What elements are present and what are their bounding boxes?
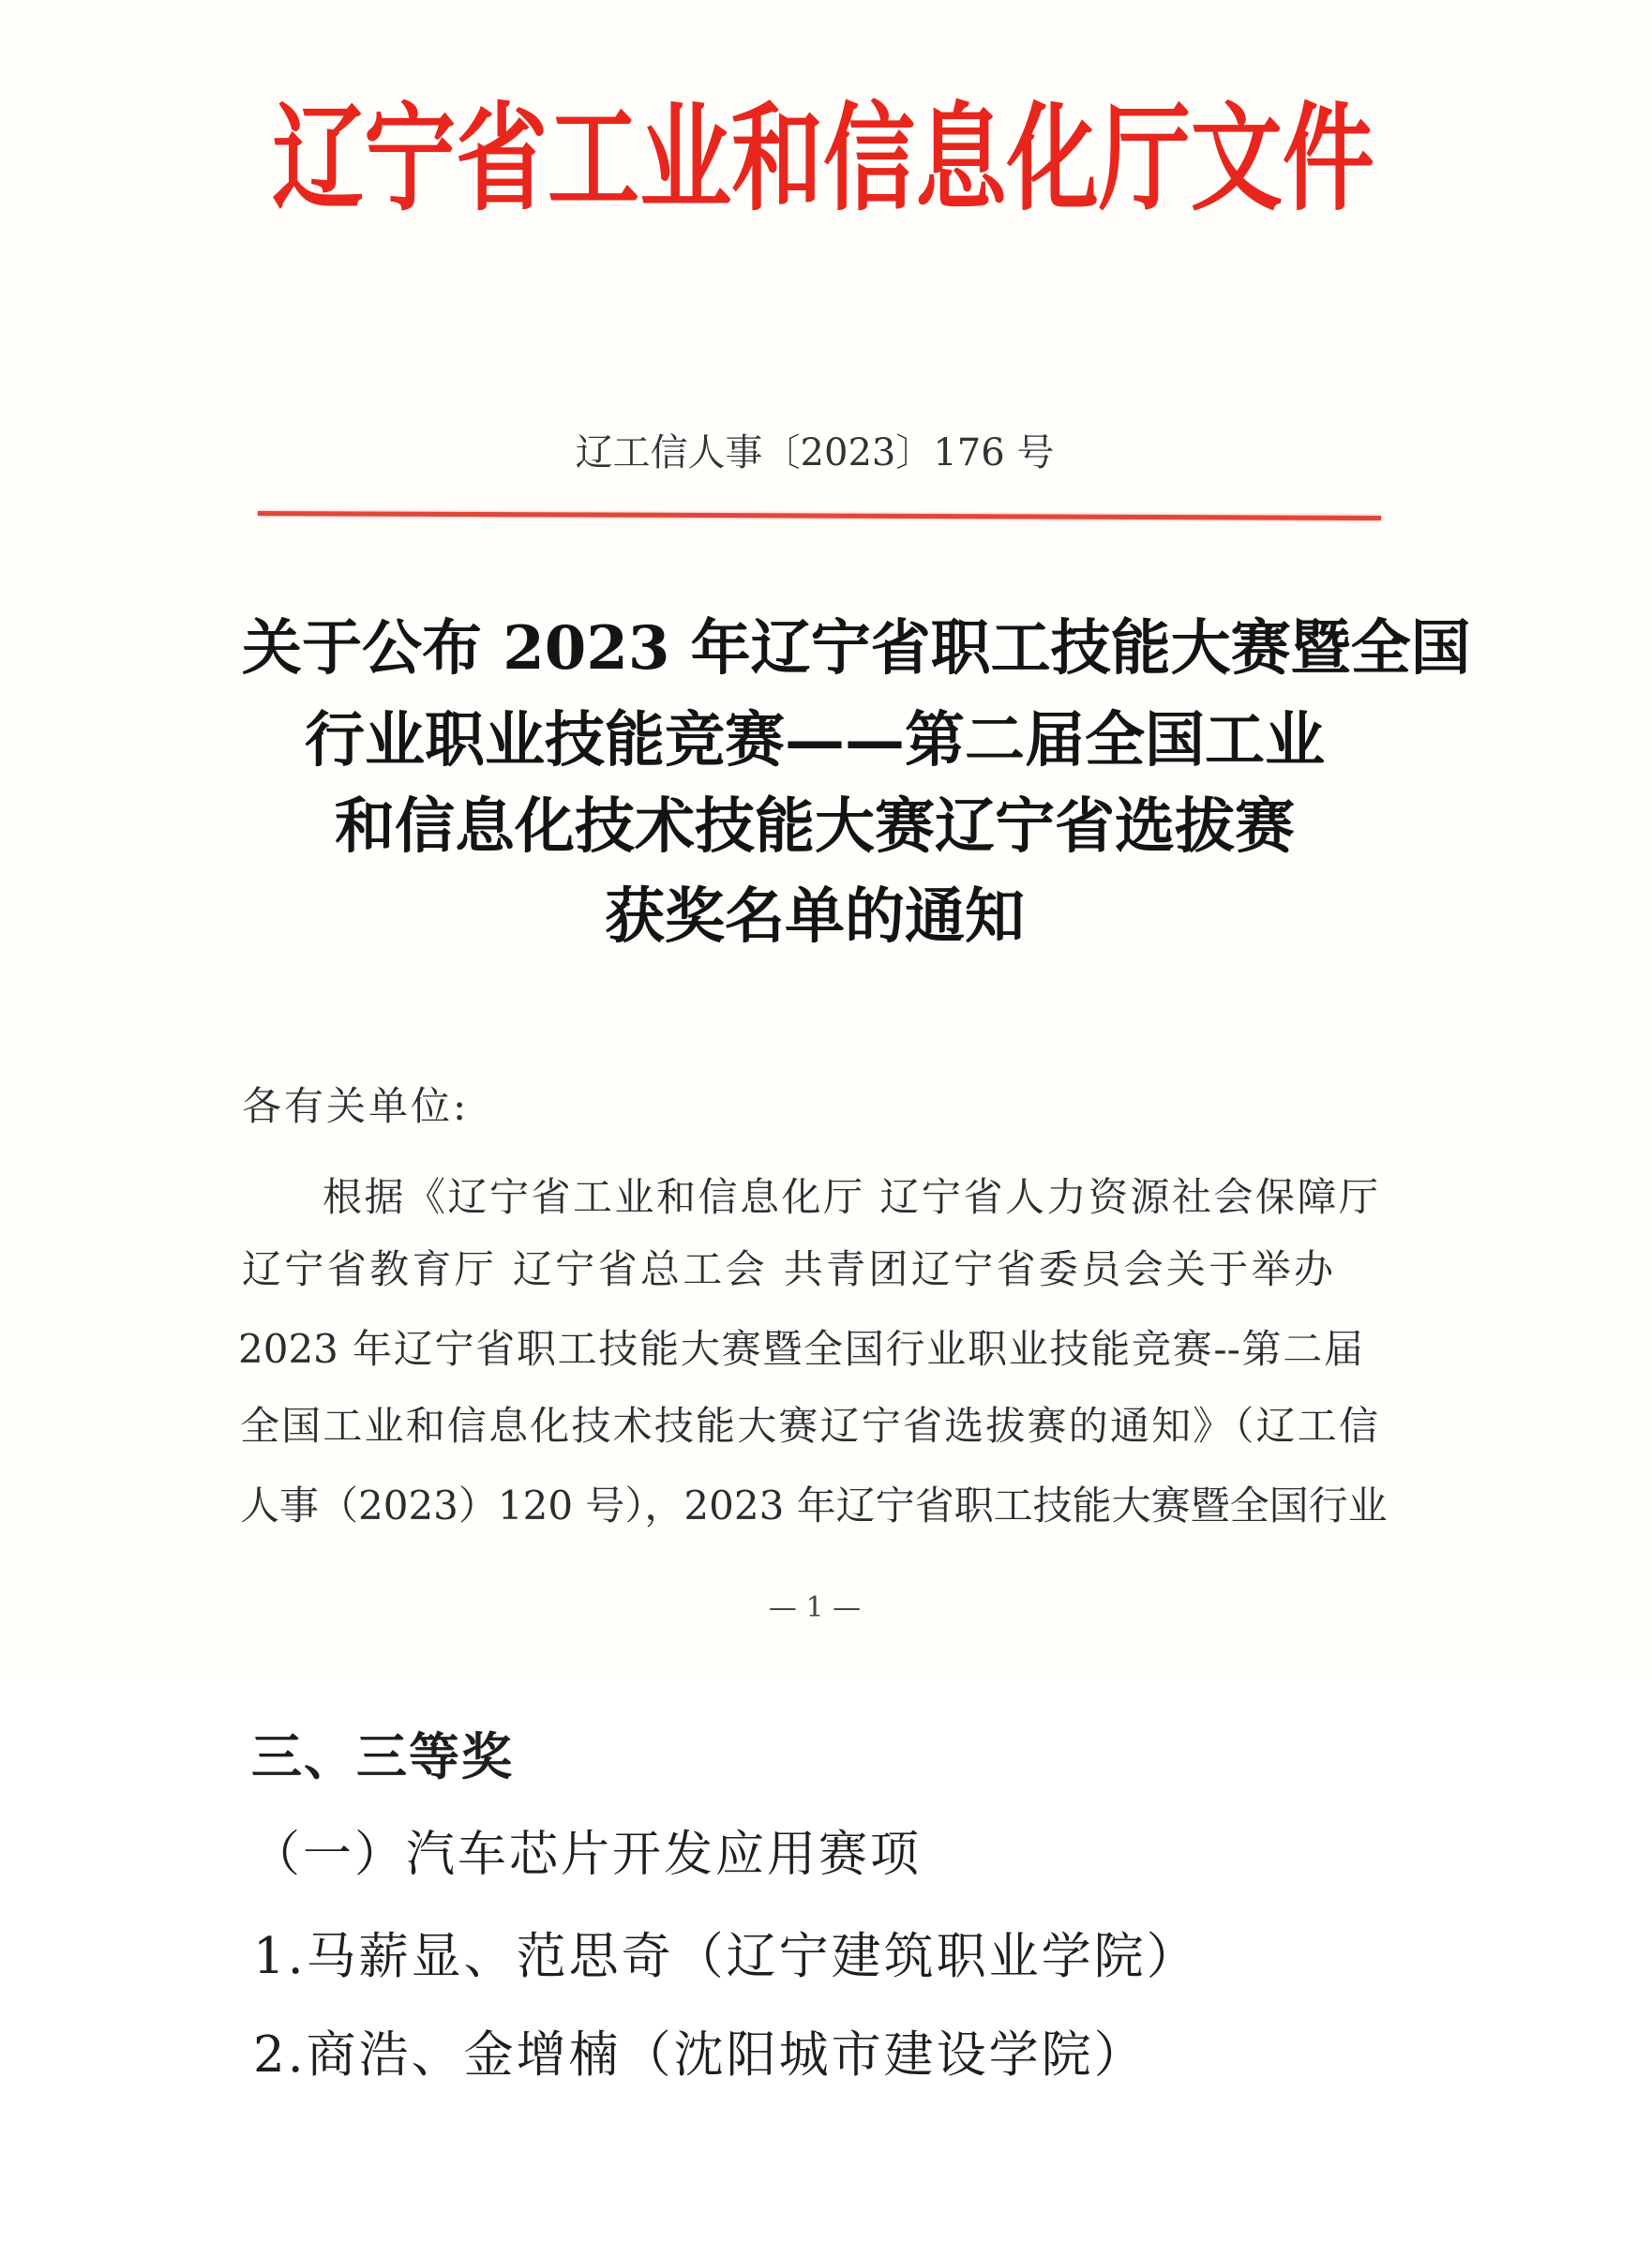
award-item-winners: 马薪显、范思奇 xyxy=(307,1928,674,1985)
document-title-line-4: 获奖名单的通知 xyxy=(242,880,1388,955)
document-number: 辽工信人事〔2023〕176 号 xyxy=(242,429,1388,476)
award-list-item: 2.商浩、金增楠（沈阳城市建设学院） xyxy=(253,2026,1147,2086)
award-list-item: 1.马薪显、范思奇（辽宁建筑职业学院） xyxy=(253,1927,1199,1987)
subsection-heading-competition-item: （一）汽车芯片开发应用赛项 xyxy=(251,1825,922,1885)
issuing-authority-masthead: 辽宁省工业和信息化厅文件 xyxy=(0,92,1646,227)
red-separator-rule xyxy=(258,511,1381,520)
salutation: 各有关单位: xyxy=(242,1078,469,1135)
document-title-line-1: 关于公布 2023 年辽宁省职工技能大赛暨全国 xyxy=(242,611,1388,686)
award-item-institution: （沈阳城市建设学院） xyxy=(622,2026,1147,2084)
award-item-number: 2. xyxy=(253,2026,307,2084)
body-paragraph-line-3: 2023 年辽宁省职工技能大赛暨全国行业职业技能竞赛--第二届 xyxy=(238,1321,1363,1378)
document-title-line-2: 行业职业技能竞赛——第二届全国工业 xyxy=(242,703,1388,778)
section-heading-third-prize: 三、三等奖 xyxy=(251,1727,514,1787)
award-item-winners: 商浩、金增楠 xyxy=(307,2026,622,2084)
award-item-institution: （辽宁建筑职业学院） xyxy=(674,1928,1199,1985)
masthead-title: 辽宁省工业和信息化厅文件 xyxy=(272,92,1374,227)
page-number: — 1 — xyxy=(242,1589,1388,1627)
body-paragraph-line-1: 根据《辽宁省工业和信息化厅 辽宁省人力资源社会保障厅 xyxy=(323,1169,1378,1226)
body-paragraph-line-4: 全国工业和信息化技术技能大赛辽宁省选拔赛的通知》（辽工信 xyxy=(240,1398,1378,1454)
body-paragraph-line-5: 人事（2023）120 号），2023 年辽宁省职工技能大赛暨全国行业 xyxy=(240,1478,1382,1534)
document-page-1: 辽宁省工业和信息化厅文件 辽工信人事〔2023〕176 号 关于公布 2023 … xyxy=(0,0,1652,1679)
body-paragraph-line-2: 辽宁省教育厅 辽宁省总工会 共青团辽宁省委员会关于举办 xyxy=(242,1242,1333,1298)
document-title-line-3: 和信息化技术技能大赛辽宁省选拔赛 xyxy=(242,790,1388,865)
award-item-number: 1. xyxy=(253,1928,307,1985)
